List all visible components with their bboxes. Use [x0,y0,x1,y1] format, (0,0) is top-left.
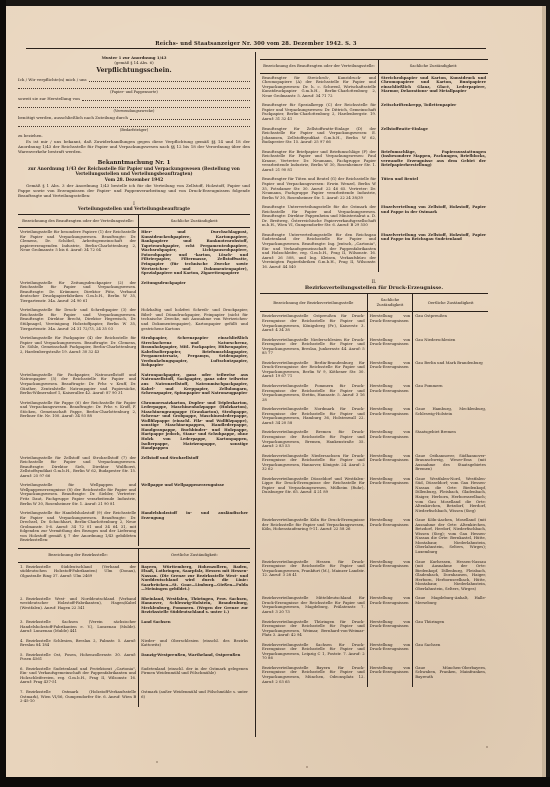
table-row: 6.Bezirksstelle Sudetenland und Protekto… [18,665,250,688]
commissioner-scope: Briefumschläge, Papierausstattungen (ins… [379,148,488,176]
form-dotted-line [18,102,250,108]
form-title: Verpflichtungsschein. [18,67,250,74]
column-header-subject-scope: Sachliche Zuständigkeit [367,294,413,312]
district-office-name: 6.Bezirksstelle Sudetenland und Protekto… [18,665,139,688]
form-notice: Es ist mir / uns bekannt, daß Zuwiderhan… [18,140,250,155]
subject-scope: Herstellung von Druck-Erzeugnissen [367,475,413,516]
print-distribution-table: Bezeichnung der Bezirksverteilungsstelle… [260,293,488,687]
office-scope: Hier- und Durchschlagpost, Kunstdruckroh… [139,228,250,279]
distribution-offices-table: Bezeichnung des Beauftragten oder der Ve… [18,214,250,546]
commissioner-name: Beauftragter für Zellstoffwatte-Einlage … [260,125,379,148]
district-office-name: 3.Bezirksstelle Sachsen (Verein sächsisc… [18,618,139,637]
running-head: Reichs- und Staatsanzeiger Nr. 300 vom 2… [26,41,486,47]
district-office-name: Bezirksverteilungsstelle Düsseldorf und … [260,475,367,516]
local-scope: Gaue Kurhessen, Hessen-Nassau (mit Ausna… [413,558,488,595]
local-scope: Gau Ostpreußen [413,312,488,336]
form-field-usage[interactable] [82,96,250,101]
form-caption-1: (Papier- und Pappensorte) [18,90,250,94]
form-line-1: Ich / Wir verpflichte(n) mich / uns [18,77,250,82]
column-divider [255,52,256,737]
subject-scope: Herstellung von Druck-Erzeugnissen [367,312,413,336]
column-header-scope: Sachliche Zuständigkeit: [139,214,250,228]
scan-bottom-edge [0,777,550,787]
subject-scope: Herstellung von Druck-Erzeugnissen [367,336,413,359]
district-scope: Danzig-Westpreußen, Wartheland, Ostpreuß… [139,651,250,665]
table-row: Beauftragter für Zellstoffwatte-Einlage … [260,125,488,148]
table-row: Beauftragter für Briefpapier und Briefum… [260,148,488,176]
table-row: 5.Bezirksstelle Ost, Posen, Hohenzollern… [18,651,250,665]
table-row: Bezirksverteilungsstelle Köln für Druck-… [260,516,488,557]
form-field-paper-type[interactable] [89,77,250,82]
local-scope: Gaue Hamburg, Mecklenburg, Schleswig-Hol… [413,405,488,428]
district-scope: Ostmark (außer Weidenmühl und Pölschmühl… [139,688,250,707]
column-header-commissioner: Bezeichnung des Beauftragten oder der Ve… [260,60,379,74]
district-office-name: Bezirksverteilungsstelle Niedersachsen f… [260,452,367,475]
district-office-text: Bezirksstelle West- und Norddeutschland … [20,596,136,610]
district-scope: Sudetenland (einschl. der in der Ostmark… [139,665,250,688]
form-field-consumer[interactable] [130,115,250,120]
form-dotted-line [18,121,250,127]
subject-scope: Herstellung von Druck-Erzeugnissen [367,641,413,664]
form-caption-2: (Verwendungszwecke) [18,109,250,113]
table-row: Beauftragter für Streichroh-, Kunstdruck… [260,73,488,101]
subject-scope: Herstellung von Druck-Erzeugnissen [367,359,413,382]
office-name: Verteilungsstelle für Handelsholzstoff (… [18,509,139,546]
commissioner-scope: Zellstoffwatte-Einlage [379,125,488,148]
table-row: Verteilungsstelle für Druck- und Schreib… [18,306,250,334]
table-row: Verteilungsstelle für Pappe (6) der Reic… [18,399,250,454]
district-offices-table: Bezeichnung der Bezirksstelle: Oertliche… [18,548,250,707]
district-office-text: Bezirksstelle Sudetenland und Protektora… [20,666,136,685]
table-row: Bezirksverteilungsstelle Thüringen für D… [260,618,488,641]
table-row: Verteilungsstelle für Handelsholzstoff (… [18,509,250,546]
form-line-3-prefix: benötigt werden, ausschließlich nach Zut… [18,115,128,120]
column-header-local-scope: Oertliche Zuständigkeit [413,294,488,312]
district-office-name: Bezirksverteilungsstelle Bremen für Druc… [260,428,367,451]
district-scope: Rheinland, Westfalen, Thüringen, Prov. S… [139,595,250,618]
section-1-title: Verteilungsstellen und Verteilungsbeauft… [18,207,250,212]
table-row: Verteilungsstelle für Wellpappen und Wel… [18,481,250,509]
table-row: Bezirksverteilungsstelle Bayern für Druc… [260,664,488,687]
subject-scope: Herstellung von Druck-Erzeugnissen [367,516,413,557]
office-name: Verteilungsstelle für Zeitungsdruckpapie… [18,279,139,307]
district-office-name: Bezirksverteilungsstelle Nordmark für Dr… [260,405,367,428]
commissioner-scope: Zeitschriftenkrepp, Toilettenpapier [379,101,488,124]
office-name: Verteilungsstelle für Packpapier (4) der… [18,334,139,371]
table-row: Beauftragter für Spezialkrepp (C) der Re… [260,101,488,124]
district-office-text: Bezirksstelle Sachsen (Verein sächsische… [20,619,136,633]
subject-scope: Herstellung von Druck-Erzeugnissen [367,382,413,405]
office-scope: Wellpappe und Wellpappenerzeugnisse [139,481,250,509]
column-header-office: Bezeichnung des Beauftragten oder der Ve… [18,214,139,228]
office-scope: Strohpapier, Schrenzpapier einschließlic… [139,334,250,371]
local-scope: Gaue München-Oberbayern, Schwaben, Frank… [413,664,488,687]
table-row: Bezirksverteilungsstelle Niederschlesien… [260,336,488,359]
district-scope: Bayern, Württemberg, Hohenzollern, Baden… [139,562,250,595]
table-row: Verteilungsstelle für Packpapier, Natron… [18,371,250,399]
table-row: Verteilungsstelle für Zellstoff und Stro… [18,454,250,482]
district-scope: Land Sachsen [139,618,250,637]
district-office-name: Bezirksverteilungsstelle Bayern für Druc… [260,664,367,687]
form-dotted-line [18,83,250,89]
right-column: Bezeichnung des Beauftragten oder der Ve… [260,53,488,687]
table-row: Bezirksverteilungsstelle Ostpreußen für … [260,312,488,336]
subject-scope: Herstellung von Druck-Erzeugnissen [367,618,413,641]
office-scope: Zellstoff und Strohzellstoff [139,454,250,482]
local-scope: Staatsgebiet Bremen [413,428,488,451]
office-scope: Handelsholzstoff in- und ausländischer E… [139,509,250,546]
district-office-name: Bezirksverteilungsstelle Mitteldeutschla… [260,594,367,617]
subject-scope: Herstellung von Druck-Erzeugnissen [367,594,413,617]
announcement-title: Bekanntmachung Nr. 1 [18,160,250,166]
office-name: Verteilungsstelle für Druck- und Schreib… [18,306,139,334]
newspaper-page: Reichs- und Staatsanzeiger Nr. 300 vom 2… [6,6,542,777]
local-scope: Gau Thüringen [413,618,488,641]
commissioner-name: Beauftragte Unterverteilungsstelle für d… [260,203,379,231]
announcement-body: Gemäß § 1 Abs. 3 der Anordnung 1/43 best… [18,184,250,199]
office-name: Verteilungsstelle für Packpapier, Natron… [18,371,139,399]
district-office-name: Bezirksverteilungsstelle Köln für Druck-… [260,516,367,557]
table-row: Verteilungsstelle für besondere Papiere … [18,228,250,279]
table-row: 4.Bezirksstelle Schlesien, Breslau 2, Pa… [18,637,250,651]
left-column: Muster 1 zur Anordnung 1/43 (gemäß § 14 … [18,53,250,707]
district-office-name: Bezirksverteilungsstelle Sachsen für Dru… [260,641,367,664]
table-row: Bezirksverteilungsstelle Berlin-Brandenb… [260,359,488,382]
header-rule [26,48,486,49]
table-row: Beauftragte Unterverteilungsstelle für d… [260,203,488,231]
column-header-local-scope: Oertliche Zuständigkeit: [139,548,250,562]
commissioners-table: Bezeichnung des Beauftragten oder der Ve… [260,59,488,272]
table-row: Bezirksverteilungsstelle Mitteldeutschla… [260,594,488,617]
paper-speck [486,746,488,748]
district-office-text: Bezirksstelle Schlesien, Breslau 2, Palm… [20,638,136,648]
office-scope: Zeitungsdruckpapier [139,279,250,307]
table-row: Bezirksverteilungsstelle Sachsen für Dru… [260,641,488,664]
district-office-name: Bezirksverteilungsstelle Hessen für Druc… [260,558,367,595]
table-row: Bezirksverteilungsstelle Düsseldorf und … [260,475,488,516]
district-scope: Nieder- und Oberschlesien (einschl. des … [139,637,250,651]
district-office-text: Bezirksstelle Süddeutschland (Verband de… [20,564,136,578]
district-office-name: Bezirksverteilungsstelle Pommern für Dru… [260,382,367,405]
form-line-3: benötigt werden, ausschließlich nach Zut… [18,115,250,120]
local-scope: Gaue Köln-Aachen, Moselland (mit Ausnahm… [413,516,488,557]
commissioner-scope: Einzelverteilung von Zellstoff, Holzstof… [379,203,488,231]
office-name: Verteilungsstelle für Wellpappen und Wel… [18,481,139,509]
column-header-district-office: Bezeichnung der Bezirksverteilungsstelle [260,294,367,312]
district-office-name: 5.Bezirksstelle Ost, Posen, Hohenzollern… [18,651,139,665]
table-row: Verteilungsstelle für Packpapier (4) der… [18,334,250,371]
form-line-2-prefix: soweit sie zur Herstellung von [18,96,80,101]
local-scope: Gau Sachsen [413,641,488,664]
table-row: 2.Bezirksstelle West- und Norddeutschlan… [18,595,250,618]
office-scope: Chromoersatzkarton, Duplex- und Triplexk… [139,399,250,454]
district-office-name: 4.Bezirksstelle Schlesien, Breslau 2, Pa… [18,637,139,651]
announcement-subtitle: zur Anordnung 1/43 der Reichsstelle für … [18,167,250,177]
district-office-text: Bezirksstelle Ost, Posen, Hohenzollernst… [20,652,136,662]
commissioner-name: Beauftragter für Streichroh-, Kunstdruck… [260,73,379,101]
table-row: Bezirksverteilungsstelle Bremen für Druc… [260,428,488,451]
column-header-district-office: Bezeichnung der Bezirksstelle: [18,548,139,562]
subject-scope: Herstellung von Druck-Erzeugnissen [367,452,413,475]
table-row: Verteilungsstelle für Zeitungsdruckpapie… [18,279,250,307]
table-row: Bezirksverteilungsstelle Pommern für Dru… [260,382,488,405]
table-row: Beauftragter für Tüten und Beutel (G) de… [260,175,488,203]
district-office-name: Bezirksverteilungsstelle Niederschlesien… [260,336,367,359]
section-2-title: Bezirksverteilungsstellen für Druck-Erze… [260,285,488,291]
district-office-name: 7.Bezirksstelle Ostmark (Holzstoff-Verka… [18,688,139,707]
paper-speck [306,766,308,768]
subject-scope: Herstellung von Druck-Erzeugnissen [367,664,413,687]
district-office-name: 1.Bezirksstelle Süddeutschland (Verband … [18,562,139,595]
form-line-2: soweit sie zur Herstellung von [18,96,250,101]
paper-speck [156,761,158,763]
local-scope: Gaue Osthannover, Südhannover-Braunschwe… [413,452,488,475]
table-row: Beauftragte Unterverteilungsstelle für d… [260,231,488,272]
table-row: 3.Bezirksstelle Sachsen (Verein sächsisc… [18,618,250,637]
commissioner-name: Beauftragter für Briefpapier und Briefum… [260,148,379,176]
table-row: Bezirksverteilungsstelle Niedersachsen f… [260,452,488,475]
commissioner-name: Beauftragter für Tüten und Beutel (G) de… [260,175,379,203]
office-name: Verteilungsstelle für Pappe (6) der Reic… [18,399,139,454]
commissioner-scope: Einzelverteilung von Zellstoff, Holzstof… [379,231,488,272]
form-caption-3: (Bedarfsträger) [18,128,250,132]
local-scope: Gau Niederschlesien [413,336,488,359]
table-row: 7.Bezirksstelle Ostmark (Holzstoff-Verka… [18,688,250,707]
district-office-text: Bezirksstelle Ostmark (Holzstoff-Verkauf… [20,689,136,703]
office-scope: Natronpackpapier, ganz oder teilweise au… [139,371,250,399]
commissioner-scope: Tüten und Beutel [379,175,488,203]
form-line-1-prefix: Ich / Wir verpflichte(n) mich / uns [18,77,87,82]
form-basis: (gemäß § 14 Abs. 6) [18,61,250,66]
office-name: Verteilungsstelle für besondere Papiere … [18,228,139,279]
local-scope: Gaue Westfalen-Nord, Westfalen-Süd, Düss… [413,475,488,516]
table-row: 1.Bezirksstelle Süddeutschland (Verband … [18,562,250,595]
district-office-name: Bezirksverteilungsstelle Berlin-Brandenb… [260,359,367,382]
subject-scope: Herstellung von Druck-Erzeugnissen [367,405,413,428]
local-scope: Gau Berlin und Mark Brandenburg [413,359,488,382]
commissioner-name: Beauftragte Unterverteilungsstelle für d… [260,231,379,272]
office-name: Verteilungsstelle für Zellstoff und Stro… [18,454,139,482]
district-office-name: Bezirksverteilungsstelle Thüringen für D… [260,618,367,641]
office-scope: Holzhaltig und holzfrei Schreib- und Dru… [139,306,250,334]
commissioner-name: Beauftragter für Spezialkrepp (C) der Re… [260,101,379,124]
commissioner-scope: Streichrohpapier und Karton, Kunstdruck … [379,73,488,101]
table-row: Bezirksverteilungsstelle Hessen für Druc… [260,558,488,595]
local-scope: Gaue Magdeburg-Anhalt, Halle-Merseburg [413,594,488,617]
district-office-name: 2.Bezirksstelle West- und Norddeutschlan… [18,595,139,618]
subject-scope: Herstellung von Druck-Erzeugnissen [367,558,413,595]
district-office-name: Bezirksverteilungsstelle Ostpreußen für … [260,312,367,336]
subject-scope: Herstellung von Druck-Erzeugnissen [367,428,413,451]
table-row: Bezirksverteilungsstelle Nordmark für Dr… [260,405,488,428]
column-header-scope: Sachliche Zuständigkeit: [379,60,488,74]
local-scope: Gau Pommern [413,382,488,405]
